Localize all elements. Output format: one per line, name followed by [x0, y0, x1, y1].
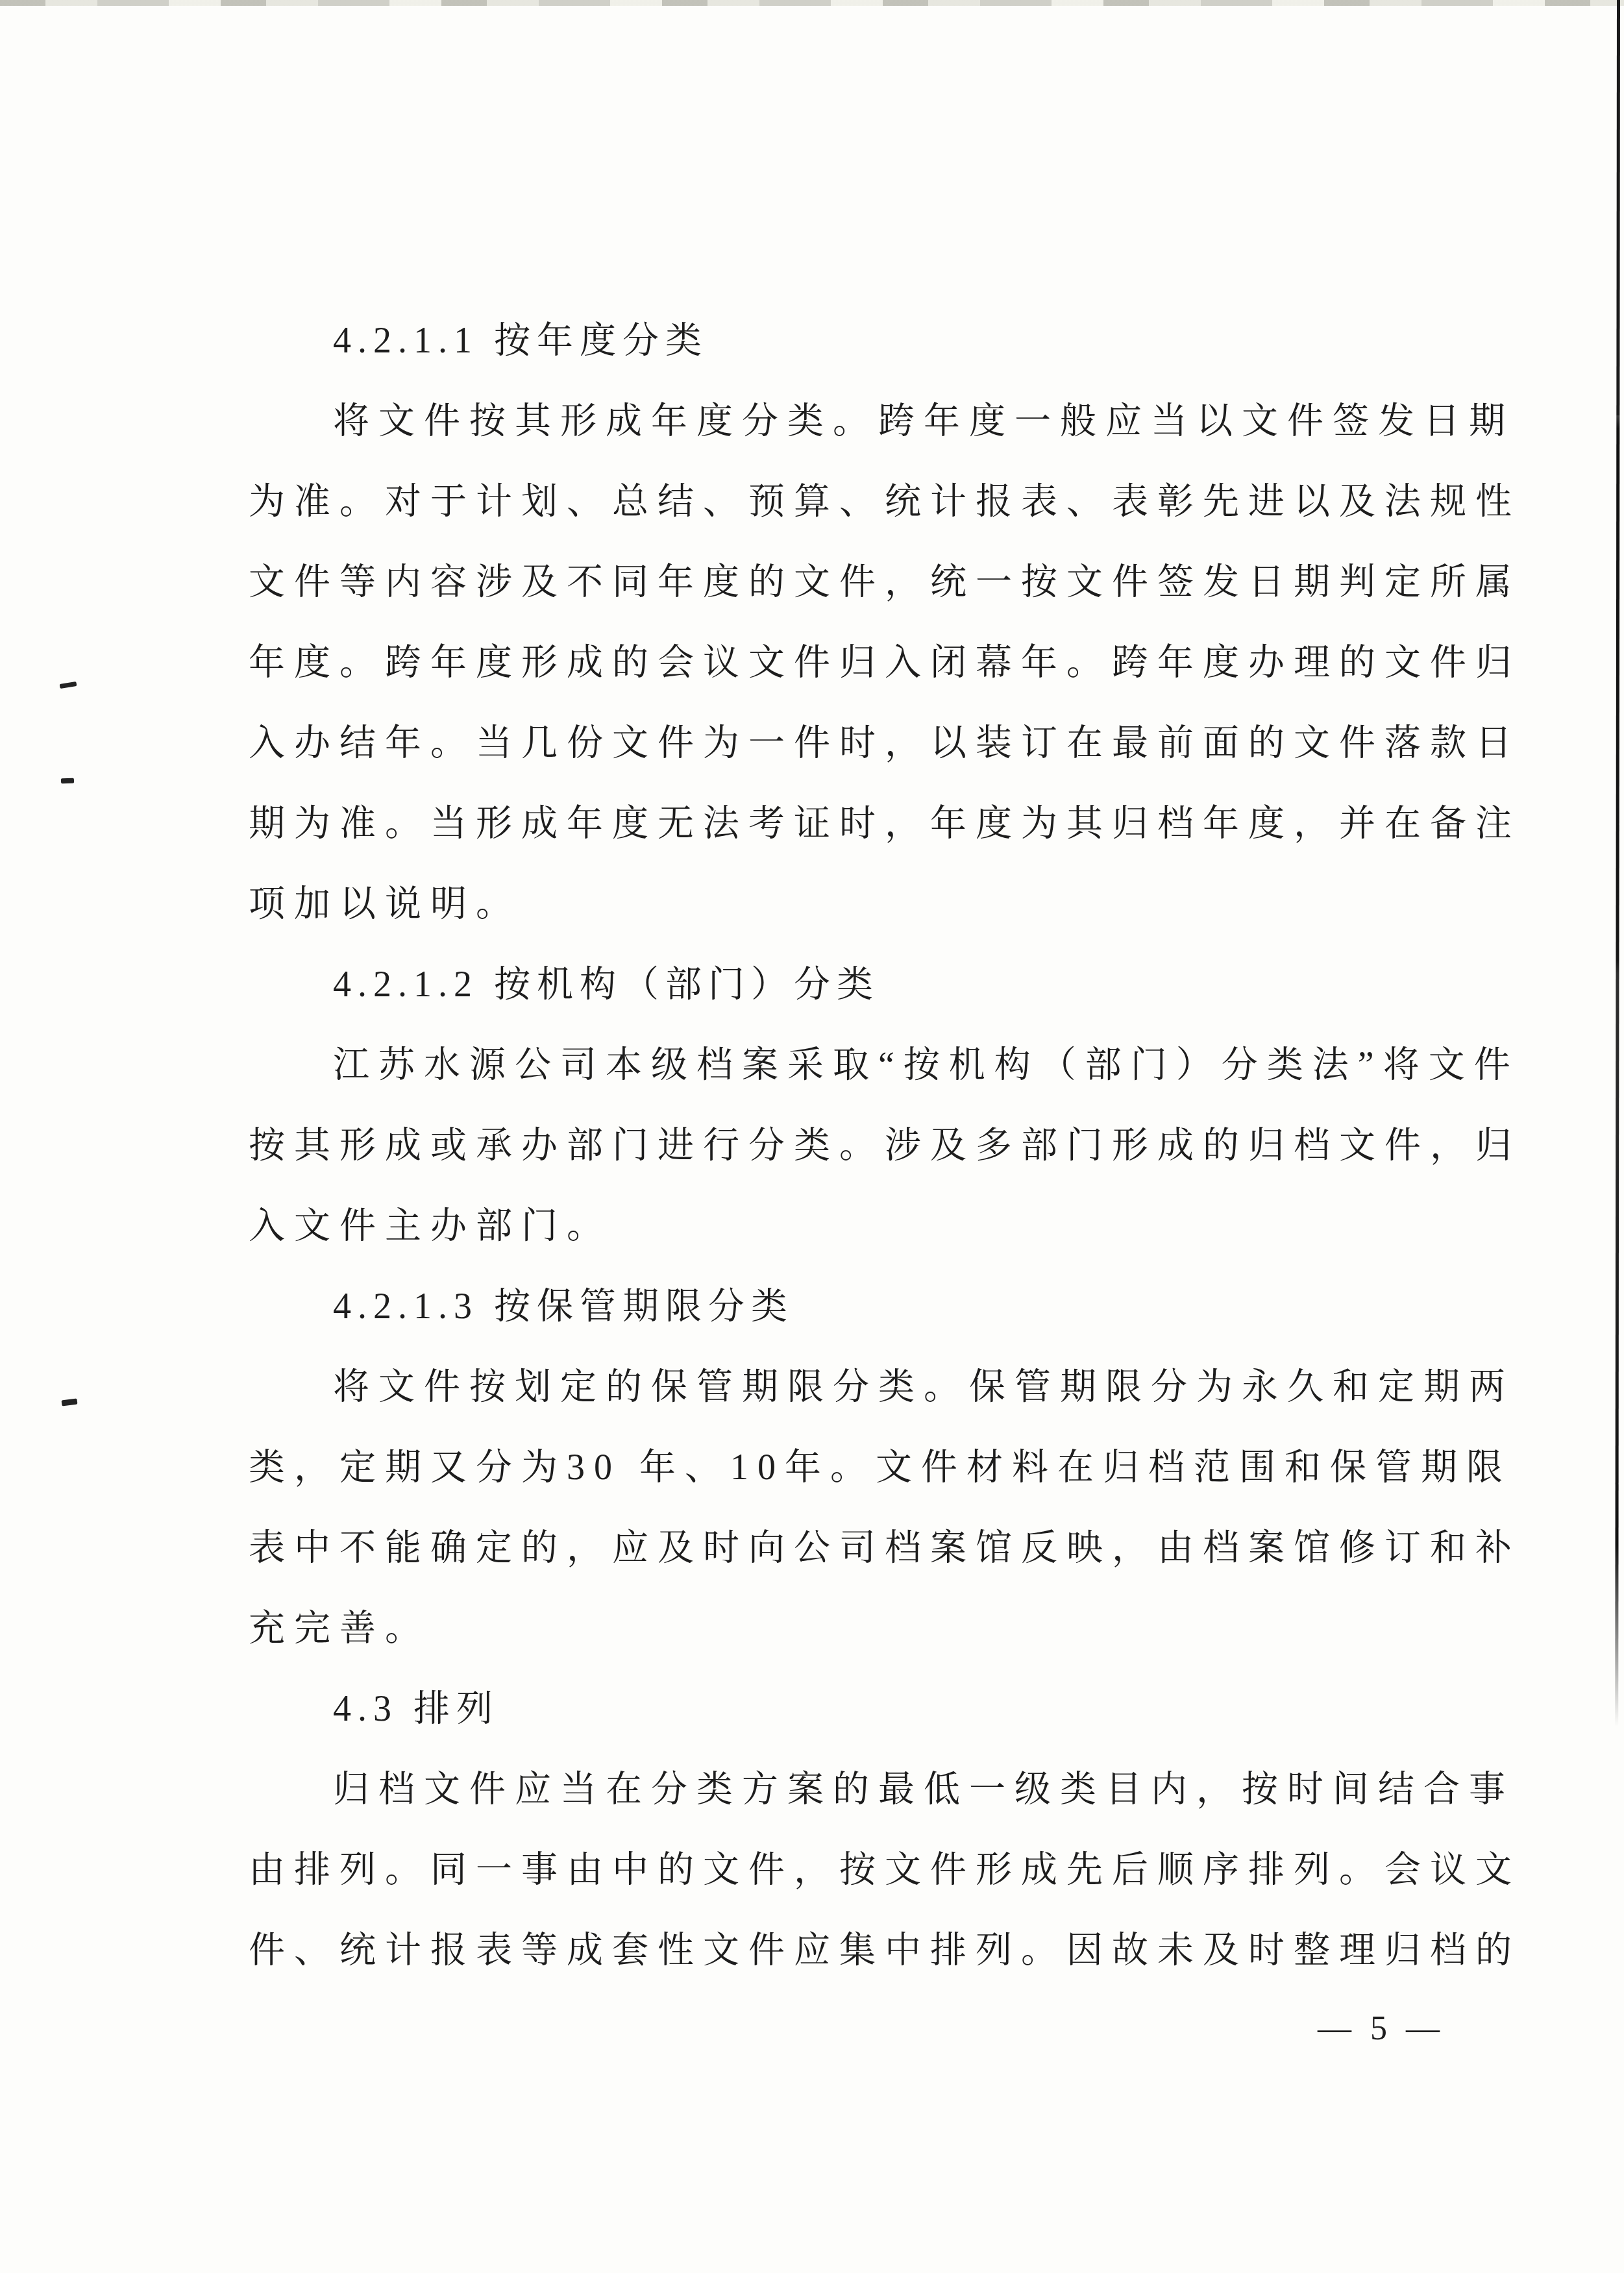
body-line: 充完善。: [249, 1610, 430, 1647]
section-heading: 4.2.1.2 按机构（部门）分类: [333, 966, 880, 1003]
body-line: 件、统计报表等成套性文件应集中排列。因故未及时整理归档的: [249, 1932, 1521, 1969]
body-line: 将文件按其形成年度分类。跨年度一般应当以文件签发日期: [333, 403, 1514, 439]
body-line: 为准。对于计划、总结、预算、统计报表、表彰先进以及法规性: [249, 484, 1521, 520]
document-page: 4.2.1.1 按年度分类将文件按其形成年度分类。跨年度一般应当以文件签发日期为…: [0, 0, 1624, 2273]
section-heading: 4.2.1.1 按年度分类: [333, 323, 708, 359]
body-line: 归档文件应当在分类方案的最低一级类目内，按时间结合事: [333, 1771, 1514, 1808]
body-line: 按其形成或承办部门进行分类。涉及多部门形成的归档文件，归: [249, 1127, 1521, 1164]
document-text: 4.2.1.1 按年度分类将文件按其形成年度分类。跨年度一般应当以文件签发日期为…: [0, 0, 1624, 2273]
body-line: 江苏水源公司本级档案采取“按机构（部门）分类法”将文件: [333, 1047, 1519, 1083]
body-line: 将文件按划定的保管期限分类。保管期限分为永久和定期两: [333, 1369, 1514, 1405]
section-heading: 4.3 排列: [333, 1691, 499, 1727]
body-line: 表中不能确定的，应及时向公司档案馆反映，由档案馆修订和补: [249, 1530, 1521, 1566]
section-heading: 4.2.1.3 按保管期限分类: [333, 1288, 794, 1325]
body-line: 由排列。同一事由中的文件，按文件形成先后顺序排列。会议文: [249, 1852, 1521, 1888]
body-line: 年度。跨年度形成的会议文件归入闭幕年。跨年度办理的文件归: [249, 645, 1521, 681]
body-line: 文件等内容涉及不同年度的文件，统一按文件签发日期判定所属: [249, 564, 1521, 600]
body-line: 项加以说明。: [249, 886, 521, 922]
body-line: 入办结年。当几份文件为一件时，以装订在最前面的文件落款日: [249, 725, 1521, 761]
page-number: — 5 —: [1318, 2009, 1445, 2048]
body-line: 入文件主办部门。: [249, 1208, 612, 1244]
body-line: 类，定期又分为30 年、10年。文件材料在归档范围和保管期限: [249, 1449, 1512, 1486]
body-line: 期为准。当形成年度无法考证时，年度为其归档年度，并在备注: [249, 805, 1521, 842]
